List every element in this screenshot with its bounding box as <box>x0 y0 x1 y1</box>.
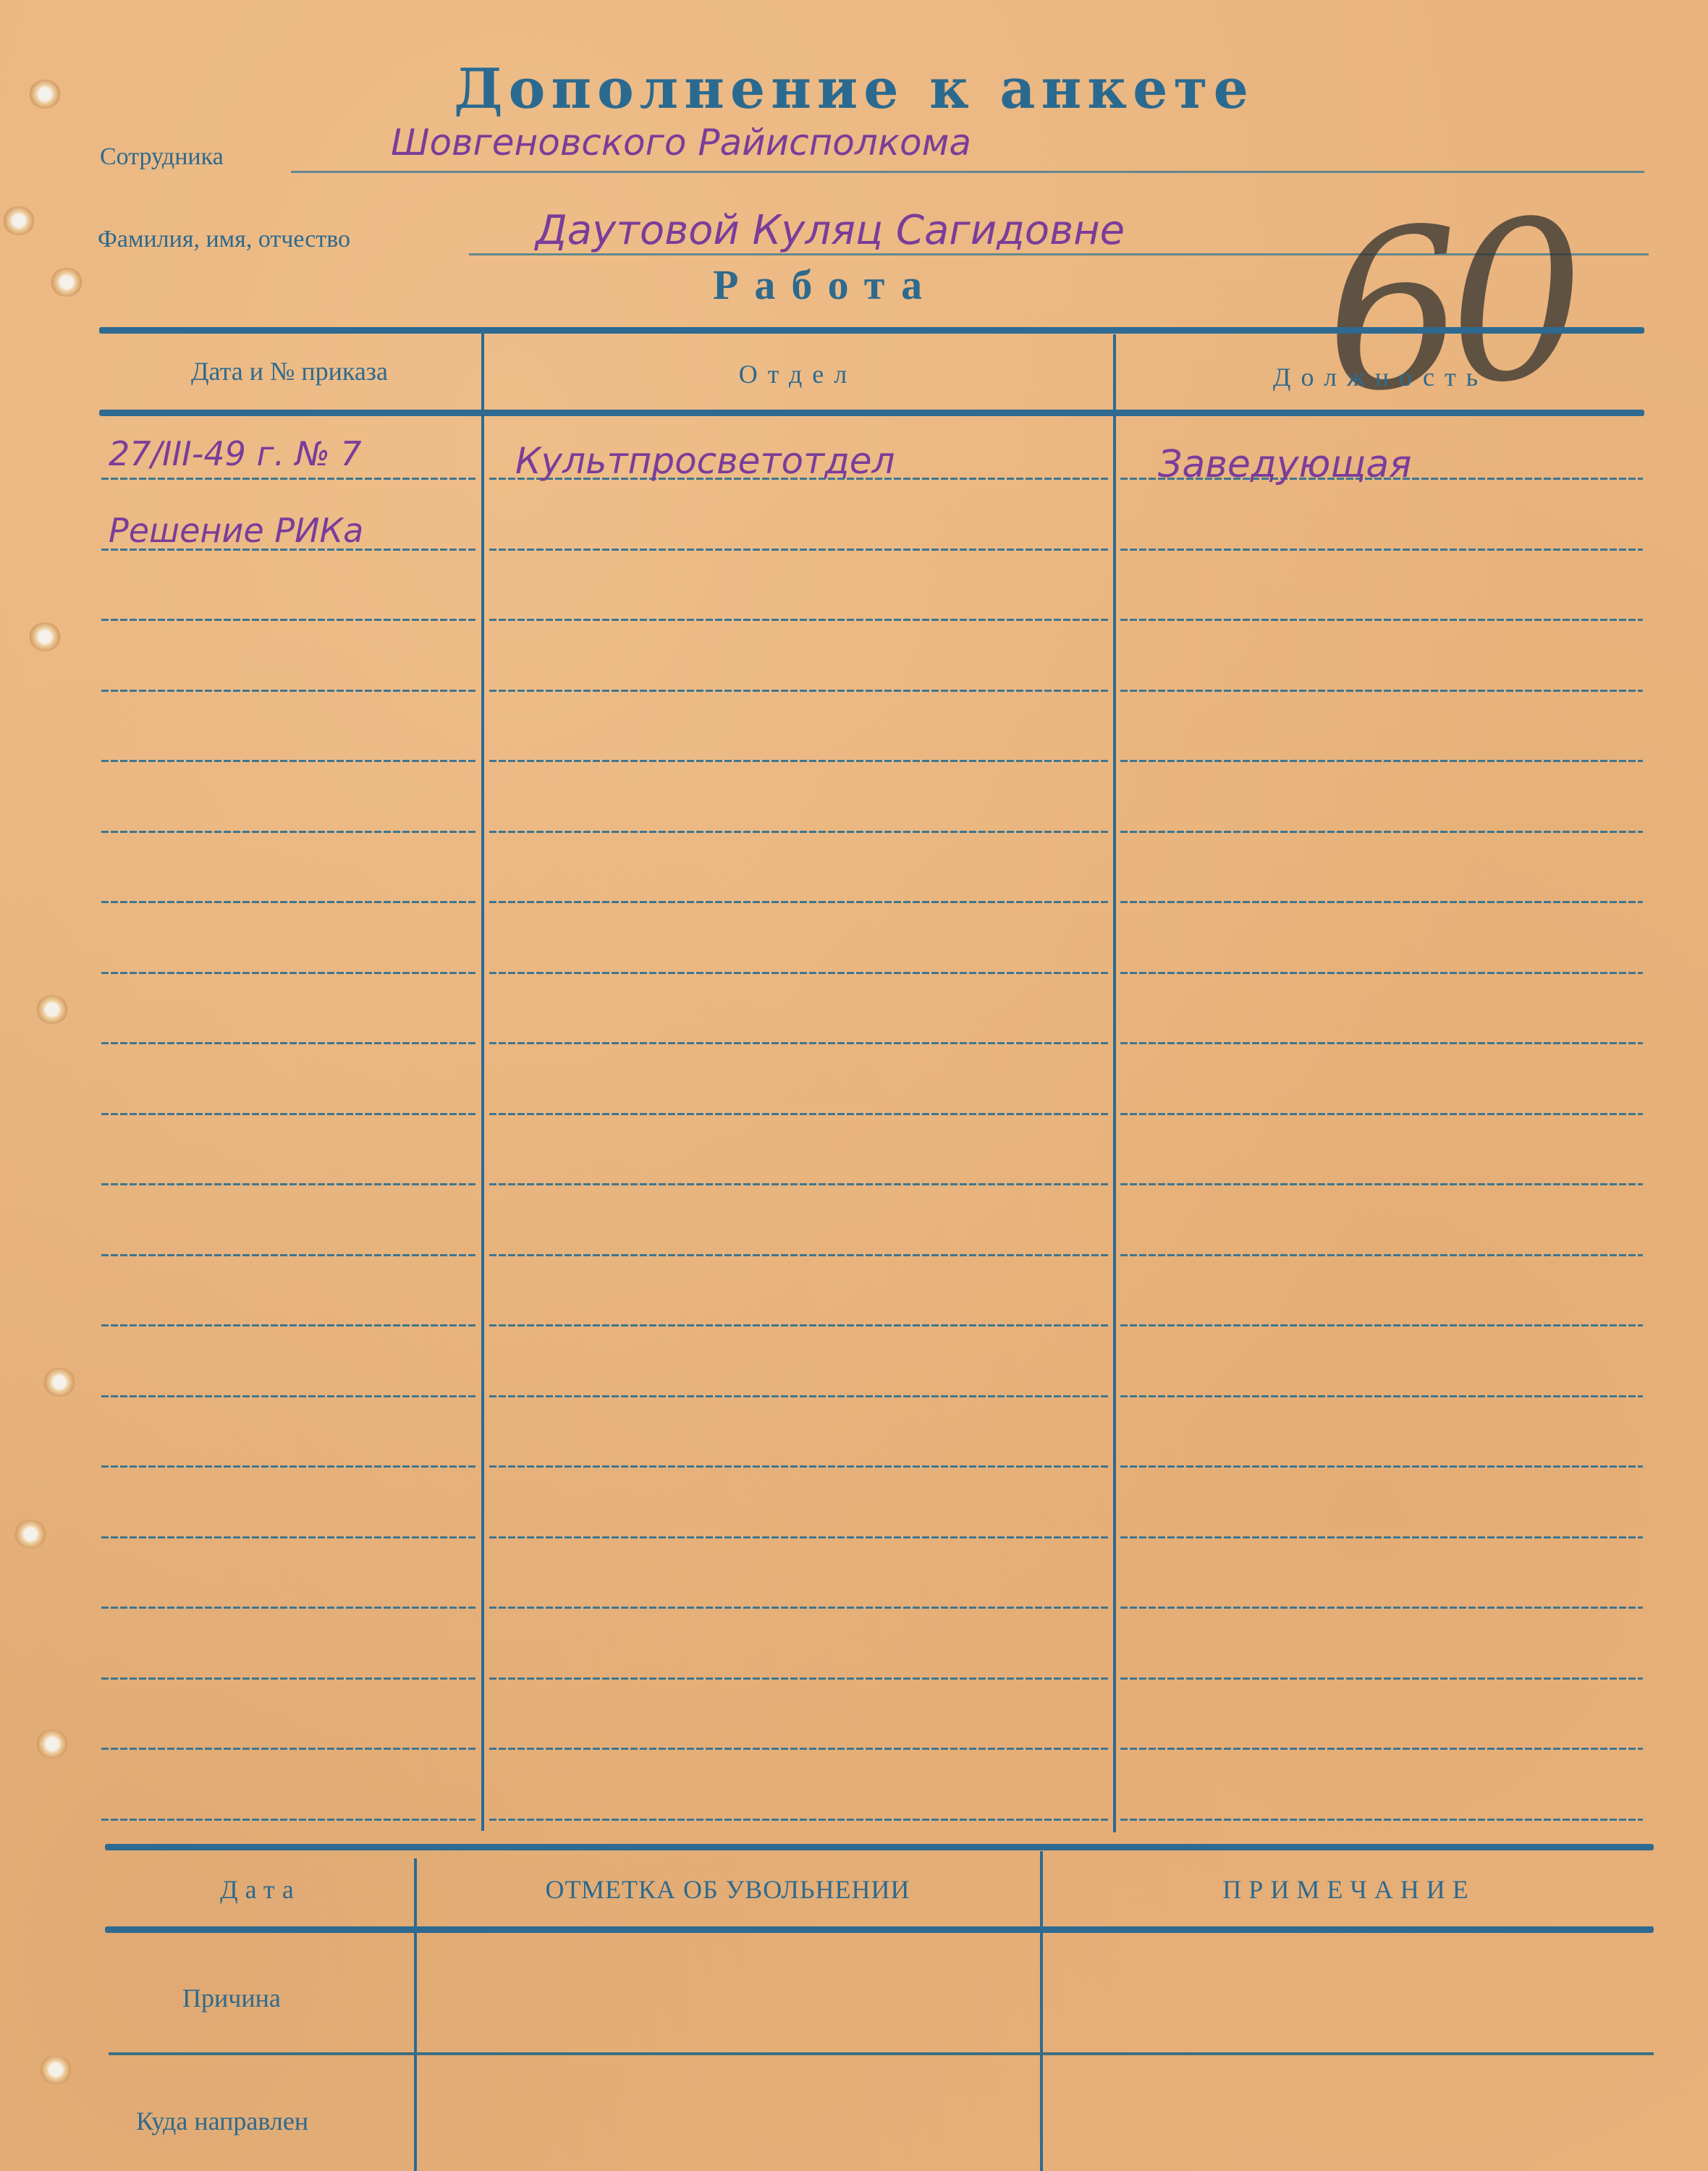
punch-hole <box>3 206 35 235</box>
punch-hole <box>40 2055 72 2084</box>
dismissal-header-remark: ПРИМЕЧАНИЕ <box>1044 1874 1654 1905</box>
work-table-divider-2 <box>1113 334 1116 1832</box>
ruled-line <box>101 478 478 480</box>
ruled-line <box>101 1677 478 1680</box>
ruled-line <box>1120 972 1643 974</box>
work-row-date: 27/III-49 г. № 7 <box>109 434 362 473</box>
employee-value: Шовгеновского Райисполкома <box>391 122 971 164</box>
ruled-line <box>1120 1113 1643 1115</box>
ruled-line <box>101 831 478 833</box>
ruled-line <box>489 619 1108 621</box>
ruled-line <box>1120 831 1643 833</box>
ruled-line <box>489 549 1108 551</box>
ruled-line <box>101 1536 478 1539</box>
employee-label: Сотрудника <box>100 143 224 171</box>
punch-hole <box>14 1520 46 1549</box>
punch-hole <box>36 995 68 1024</box>
ruled-line <box>489 1819 1108 1821</box>
dismissal-table-header-border <box>105 1926 1654 1933</box>
ruled-line <box>489 1395 1108 1397</box>
dismissal-header-note: ОТМЕТКА ОБ УВОЛЬНЕНИИ <box>418 1874 1037 1905</box>
dismissal-divider-1 <box>414 1858 417 2171</box>
ruled-line <box>489 901 1108 903</box>
ruled-line <box>489 831 1108 833</box>
ruled-line <box>1120 1465 1643 1468</box>
ruled-line <box>101 690 478 692</box>
ruled-line <box>1120 901 1643 903</box>
punch-hole <box>29 622 61 651</box>
ruled-line <box>101 1183 478 1185</box>
ruled-line <box>101 901 478 903</box>
punch-hole <box>43 1368 75 1397</box>
destination-label: Куда направлен <box>136 2106 308 2136</box>
pencil-annotation: 60 <box>1316 173 1580 442</box>
ruled-line <box>489 760 1108 762</box>
dismissal-header-date: Дата <box>109 1874 413 1905</box>
ruled-line <box>101 760 478 762</box>
ruled-line <box>489 1042 1108 1044</box>
reason-label: Причина <box>182 1983 281 2013</box>
ruled-line <box>1120 1536 1643 1539</box>
punch-hole <box>36 1730 68 1759</box>
ruled-line <box>101 1324 478 1326</box>
work-row-date-note: Решение РИКа <box>109 511 363 550</box>
ruled-line <box>101 1748 478 1750</box>
ruled-line <box>1120 1677 1643 1680</box>
ruled-line <box>489 1183 1108 1185</box>
ruled-line <box>101 972 478 974</box>
ruled-line <box>1120 1042 1643 1044</box>
ruled-line <box>101 1113 478 1115</box>
employee-underline <box>291 171 1644 173</box>
work-row-department: Культпросветотдел <box>515 440 895 482</box>
ruled-line <box>101 1395 478 1397</box>
ruled-line <box>101 1254 478 1256</box>
ruled-line <box>489 1254 1108 1256</box>
ruled-line <box>489 690 1108 692</box>
ruled-line <box>1120 1819 1643 1821</box>
work-table-header-border <box>99 410 1644 416</box>
ruled-line <box>101 1819 478 1821</box>
ruled-line <box>1120 690 1643 692</box>
column-header-position: Должность <box>1118 362 1643 392</box>
ruled-line <box>1120 1748 1643 1750</box>
ruled-line <box>489 1113 1108 1115</box>
ruled-line <box>101 619 478 621</box>
dismissal-divider-2 <box>1040 1851 1043 2171</box>
ruled-line <box>101 1042 478 1044</box>
column-header-department: Отдел <box>485 359 1111 389</box>
ruled-line <box>489 972 1108 974</box>
dismissal-row-divider <box>109 2052 1654 2055</box>
work-table-top-border <box>99 327 1644 334</box>
work-row-position: Заведующая <box>1158 443 1411 486</box>
punch-hole <box>51 268 83 297</box>
column-header-date: Дата и № приказа <box>101 356 478 386</box>
ruled-line <box>489 1324 1108 1326</box>
ruled-line <box>1120 619 1643 621</box>
document-title: Дополнение к анкете <box>0 56 1708 121</box>
ruled-line <box>489 1677 1108 1680</box>
ruled-line <box>101 1607 478 1609</box>
ruled-line <box>489 1748 1108 1750</box>
fio-label: Фамилия, имя, отчество <box>98 226 350 253</box>
work-table-divider-1 <box>481 333 484 1831</box>
section-title: Работа <box>713 261 938 309</box>
ruled-line <box>1120 1254 1643 1256</box>
ruled-line <box>1120 1324 1643 1326</box>
ruled-line <box>101 1465 478 1468</box>
ruled-line <box>1120 549 1643 551</box>
ruled-line <box>1120 1183 1643 1185</box>
ruled-line <box>1120 1395 1643 1397</box>
ruled-line <box>489 1536 1108 1539</box>
ruled-line <box>489 1607 1108 1609</box>
ruled-line <box>489 1465 1108 1468</box>
ruled-line <box>1120 760 1643 762</box>
ruled-line <box>1120 1607 1643 1609</box>
dismissal-table-top-border <box>105 1844 1654 1850</box>
fio-value: Даутовой Куляц Сагидовне <box>536 207 1125 254</box>
